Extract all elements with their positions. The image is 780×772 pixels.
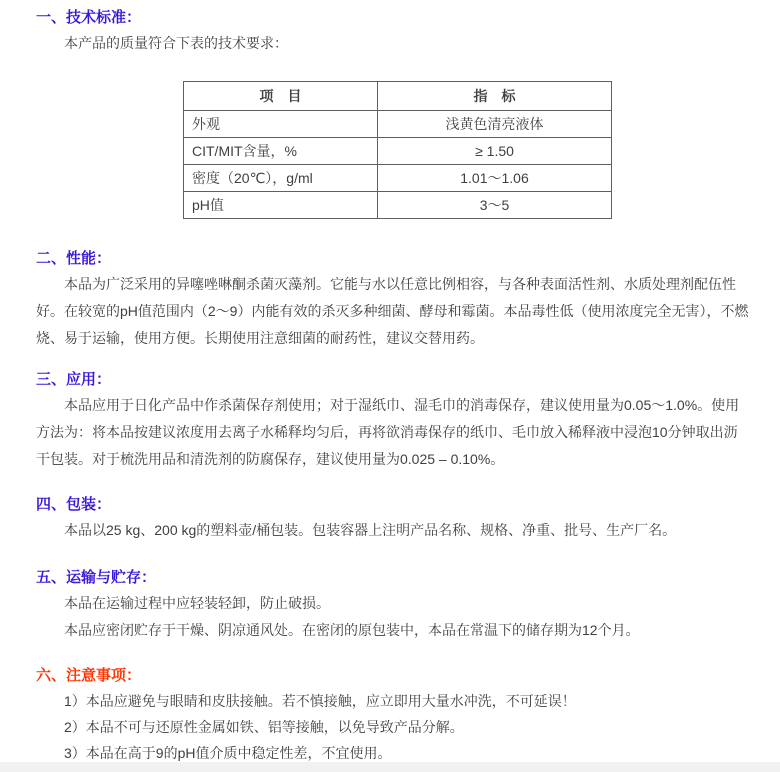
spec-table: 项 目 指 标 外观 浅黄色清亮液体 CIT/MIT含量，% ≥ 1.50 密度… xyxy=(183,81,612,219)
section-packaging: 四、包装： 本品以25 kg、200 kg的塑料壶/桶包装。包装容器上注明产品名… xyxy=(36,495,750,544)
section-transport-storage: 五、运输与贮存： 本品在运输过程中应轻装轻卸，防止破损。 本品应密闭贮存于干燥、… xyxy=(36,568,750,644)
performance-paragraph: 本品为广泛采用的异噻唑啉酮杀菌灭藻剂。它能与水以任意比例相容，与各种表面活性剂、… xyxy=(36,271,750,352)
packaging-paragraph: 本品以25 kg、200 kg的塑料壶/桶包装。包装容器上注明产品名称、规格、净… xyxy=(36,517,750,544)
table-row: CIT/MIT含量，% ≥ 1.50 xyxy=(184,138,612,165)
precaution-item-2: 2）本品不可与还原性金属如铁、铝等接触，以免导致产品分解。 xyxy=(36,714,750,740)
spec-item-appearance: 外观 xyxy=(184,111,378,138)
section-precautions: 六、注意事项： 1）本品应避免与眼睛和皮肤接触。若不慎接触，应立即用大量水冲洗，… xyxy=(36,666,750,766)
spec-item-ph: pH值 xyxy=(184,192,378,219)
product-spec-document: 一、技术标准： 本产品的质量符合下表的技术要求： 项 目 指 标 外观 浅黄色清… xyxy=(0,0,780,766)
application-heading: 三、应用： xyxy=(36,370,750,390)
performance-heading: 二、性能： xyxy=(36,249,750,269)
section-performance: 二、性能： 本品为广泛采用的异噻唑啉酮杀菌灭藻剂。它能与水以任意比例相容，与各种… xyxy=(36,249,750,352)
precautions-heading: 六、注意事项： xyxy=(36,666,750,686)
bottom-page-edge xyxy=(0,762,780,772)
tech-standard-intro: 本产品的质量符合下表的技术要求： xyxy=(36,30,750,57)
spec-item-density: 密度（20℃），g/ml xyxy=(184,165,378,192)
precaution-item-1: 1）本品应避免与眼睛和皮肤接触。若不慎接触，应立即用大量水冲洗，不可延误！ xyxy=(36,688,750,714)
spec-table-header-indicator: 指 标 xyxy=(378,82,612,111)
table-row: pH值 3～5 xyxy=(184,192,612,219)
storage-line: 本品应密闭贮存于干燥、阴凉通风处。在密闭的原包装中，本品在常温下的储存期为12个… xyxy=(36,617,750,644)
packaging-heading: 四、包装： xyxy=(36,495,750,515)
section-tech-standard: 一、技术标准： 本产品的质量符合下表的技术要求： 项 目 指 标 外观 浅黄色清… xyxy=(36,8,750,219)
tech-standard-heading: 一、技术标准： xyxy=(36,8,750,28)
application-paragraph: 本品应用于日化产品中作杀菌保存剂使用；对于湿纸巾、湿毛巾的消毒保存，建议使用量为… xyxy=(36,392,750,473)
spec-value-appearance: 浅黄色清亮液体 xyxy=(378,111,612,138)
table-row: 外观 浅黄色清亮液体 xyxy=(184,111,612,138)
table-row: 密度（20℃），g/ml 1.01～1.06 xyxy=(184,165,612,192)
spec-value-density: 1.01～1.06 xyxy=(378,165,612,192)
section-application: 三、应用： 本品应用于日化产品中作杀菌保存剂使用；对于湿纸巾、湿毛巾的消毒保存，… xyxy=(36,370,750,473)
spec-item-cit-mit: CIT/MIT含量，% xyxy=(184,138,378,165)
spec-value-ph: 3～5 xyxy=(378,192,612,219)
spec-table-header-row: 项 目 指 标 xyxy=(184,82,612,111)
spec-value-cit-mit: ≥ 1.50 xyxy=(378,138,612,165)
transport-line: 本品在运输过程中应轻装轻卸，防止破损。 xyxy=(36,590,750,617)
transport-storage-heading: 五、运输与贮存： xyxy=(36,568,750,588)
spec-table-header-item: 项 目 xyxy=(184,82,378,111)
